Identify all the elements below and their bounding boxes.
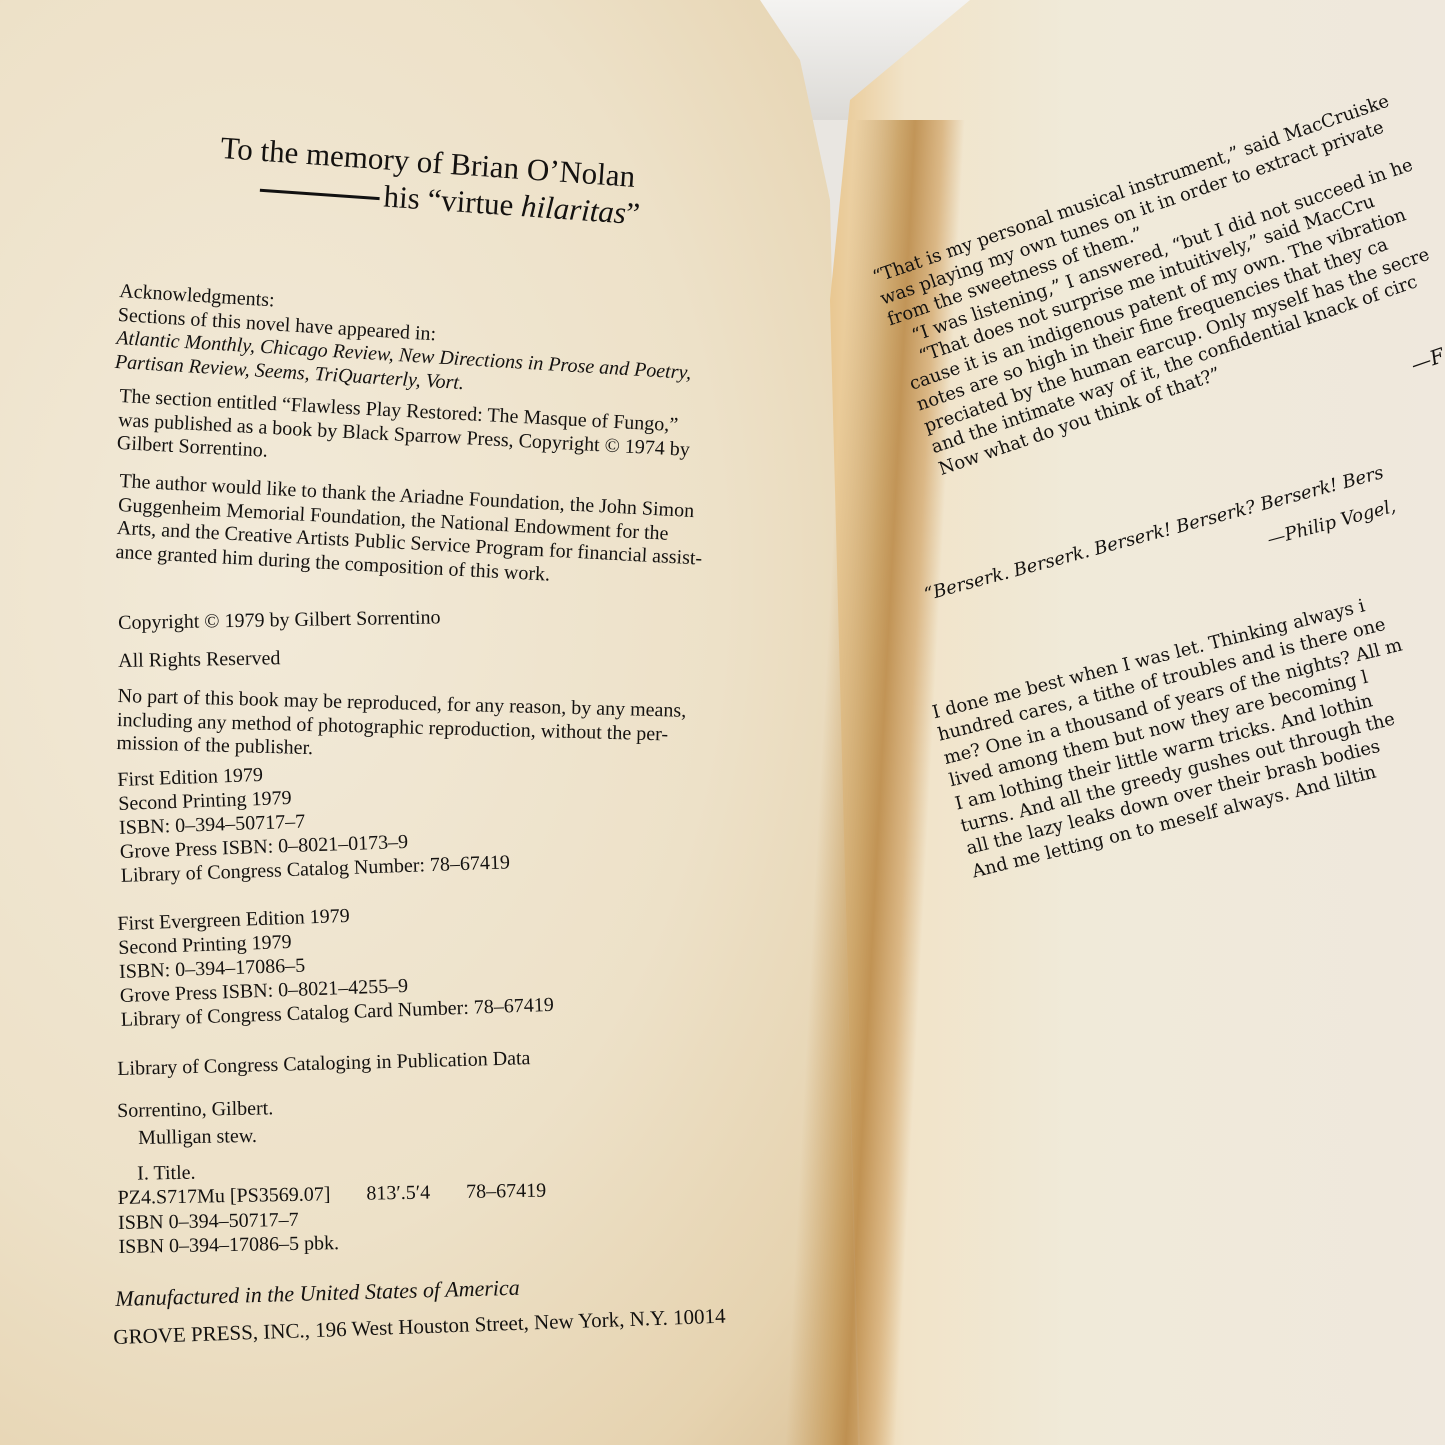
- cip-dewey: 813′.5′4: [366, 1182, 430, 1205]
- cip-title: Mulligan stew.: [138, 1125, 257, 1151]
- evergreen-edition-info: First Evergreen Edition 1979 Second Prin…: [117, 897, 554, 1032]
- em-rule: [260, 189, 380, 200]
- dedication-italic: hilaritas: [520, 188, 627, 230]
- cip-lccn: 78–67419: [466, 1180, 546, 1203]
- cip-call-number: PZ4.S717Mu [PS3569.07]: [117, 1184, 330, 1210]
- hardcover-edition-info: First Edition 1979 Second Printing 1979 …: [117, 754, 510, 888]
- rights-reserved: All Rights Reserved: [118, 647, 281, 673]
- cip-author: Sorrentino, Gilbert.: [117, 1097, 273, 1123]
- dedication-close-quote: ”: [625, 195, 641, 231]
- cip-catalog-block: I. Title. PZ4.S717Mu [PS3569.07]813′.5′4…: [117, 1155, 547, 1260]
